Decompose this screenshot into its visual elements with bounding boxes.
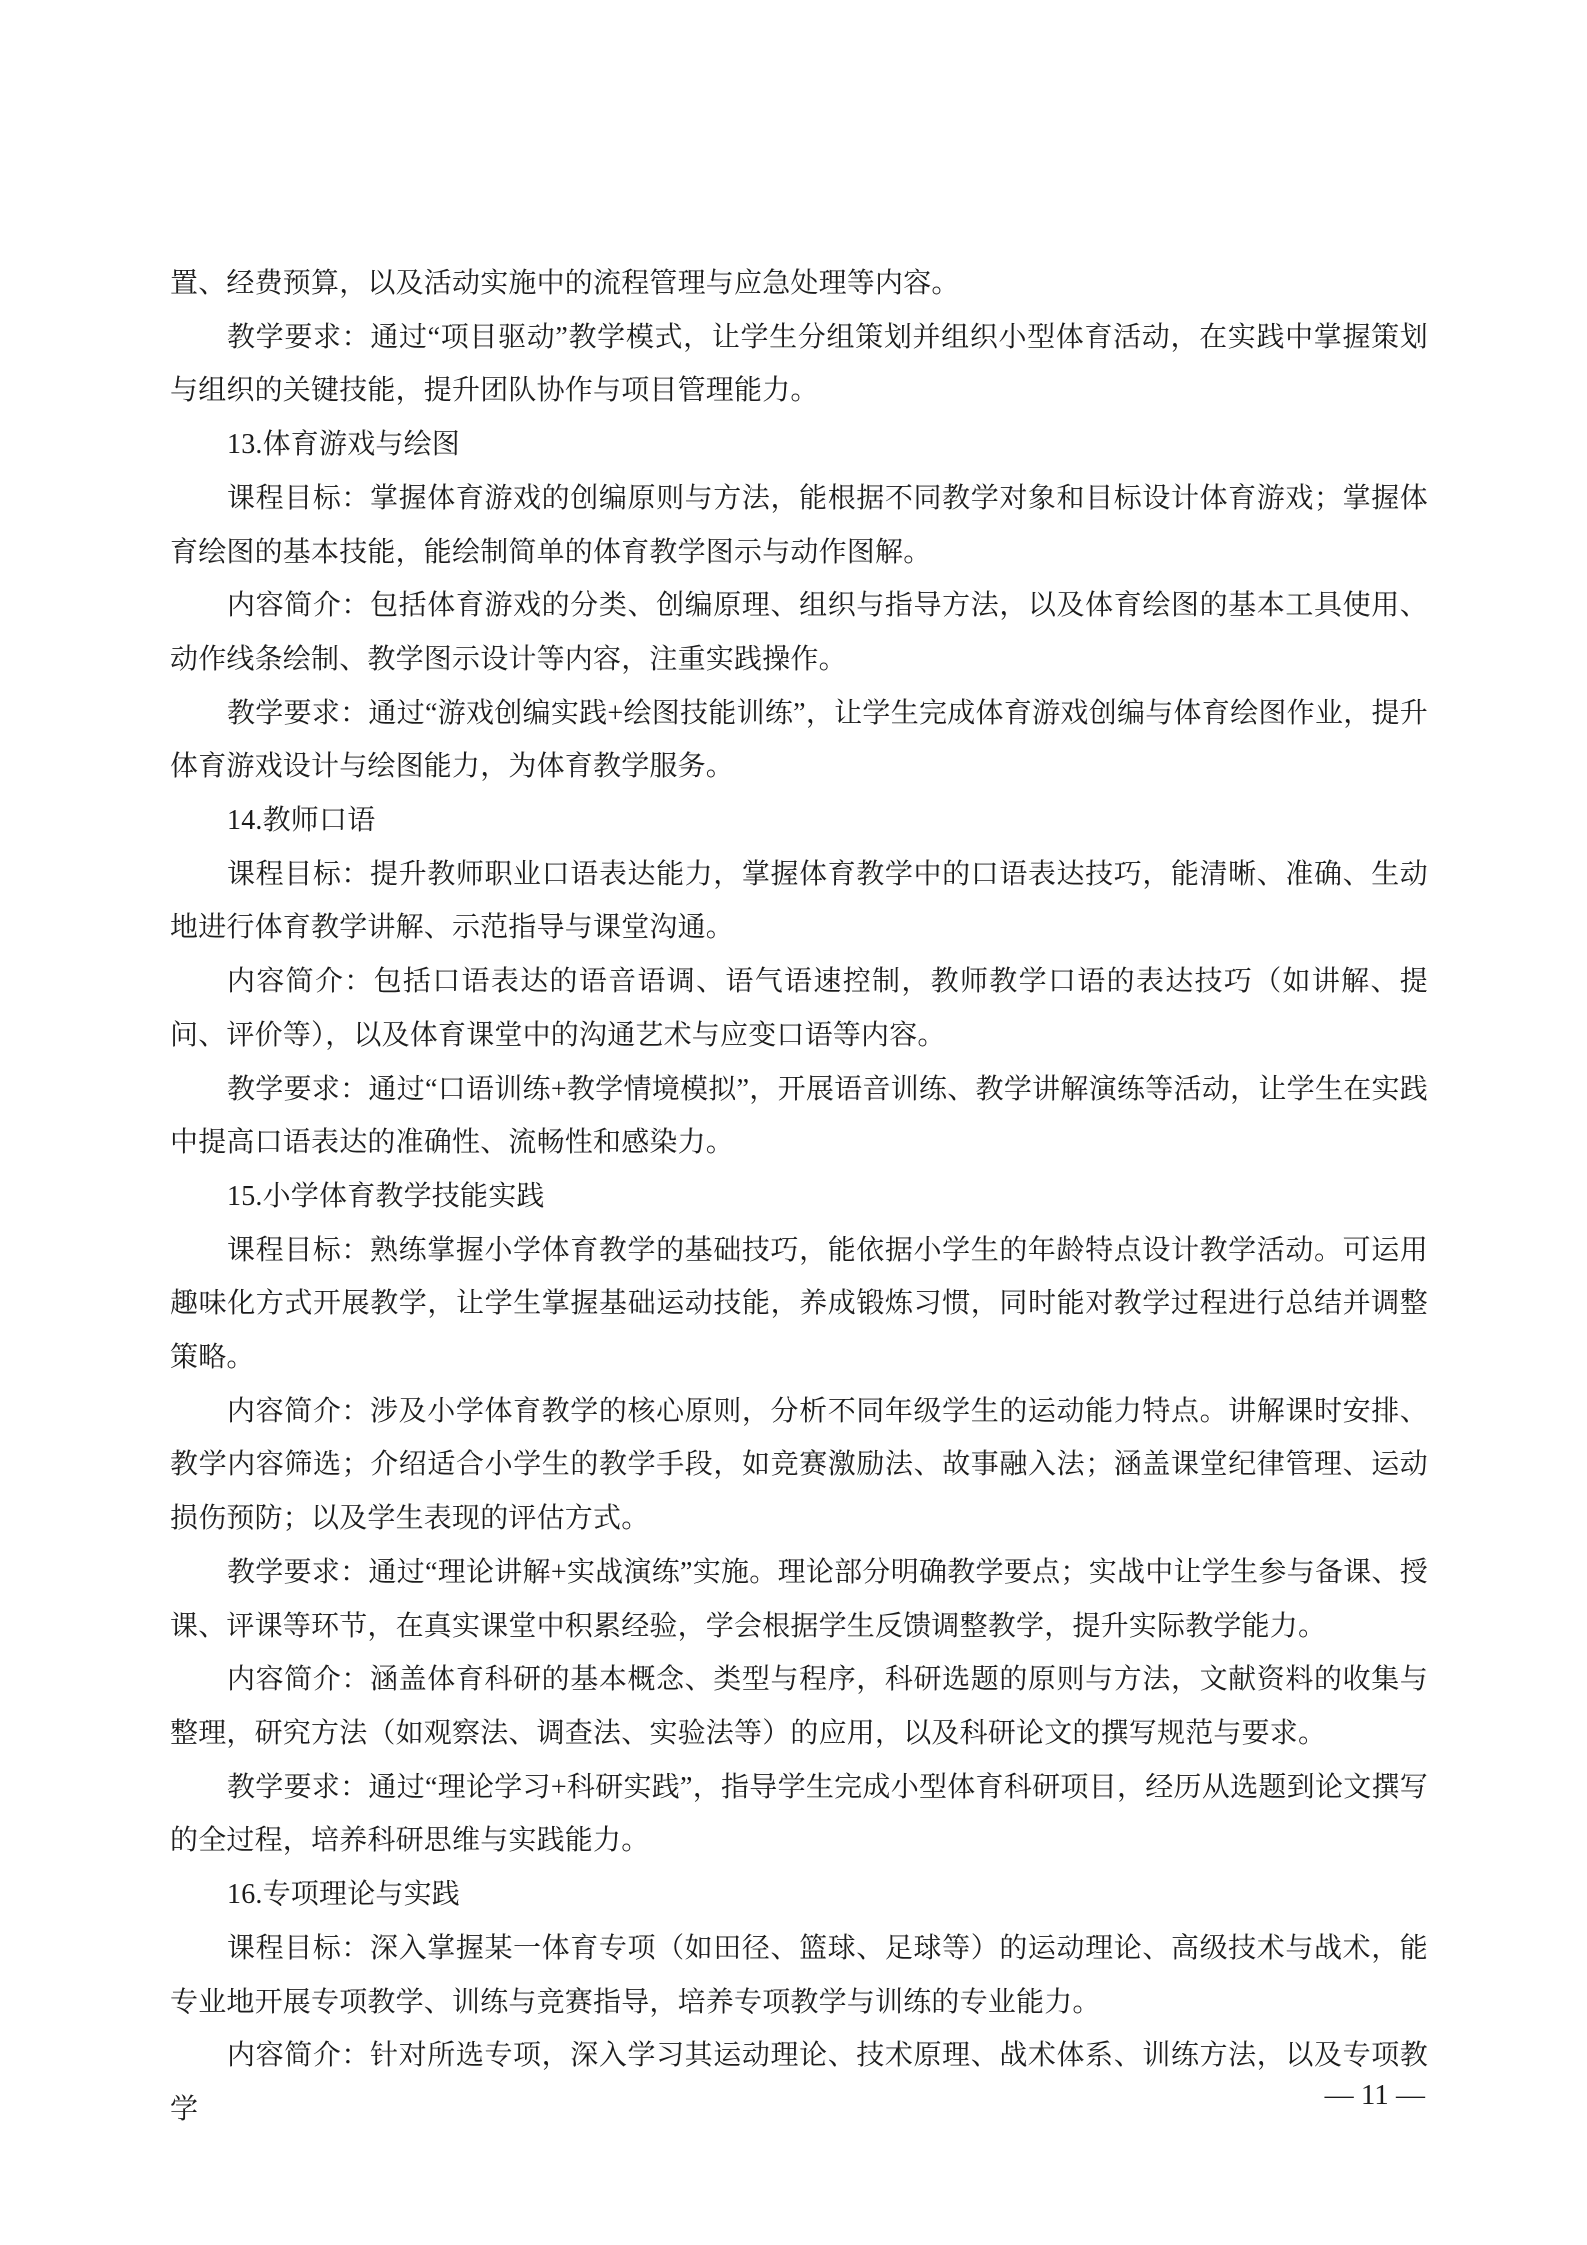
paragraph: 教学要求：通过“项目驱动”教学模式，让学生分组策划并组织小型体育活动，在实践中掌… xyxy=(170,311,1428,418)
paragraph: 教学要求：通过“游戏创编实践+绘图技能训练”，让学生完成体育游戏创编与体育绘图作… xyxy=(170,687,1428,794)
course-heading: 16.专项理论与实践 xyxy=(170,1868,1428,1922)
paragraph: 置、经费预算，以及活动实施中的流程管理与应急处理等内容。 xyxy=(170,257,1428,311)
course-heading: 15.小学体育教学技能实践 xyxy=(170,1170,1428,1224)
document-body: 置、经费预算，以及活动实施中的流程管理与应急处理等内容。教学要求：通过“项目驱动… xyxy=(170,257,1428,2137)
paragraph: 内容简介：针对所选专项，深入学习其运动理论、技术原理、战术体系、训练方法，以及专… xyxy=(170,2029,1428,2136)
paragraph: 教学要求：通过“口语训练+教学情境模拟”，开展语音训练、教学讲解演练等活动，让学… xyxy=(170,1063,1428,1170)
paragraph: 内容简介：包括口语表达的语音语调、语气语速控制，教师教学口语的表达技巧（如讲解、… xyxy=(170,955,1428,1062)
course-heading: 14.教师口语 xyxy=(170,794,1428,848)
paragraph: 教学要求：通过“理论学习+科研实践”，指导学生完成小型体育科研项目，经历从选题到… xyxy=(170,1761,1428,1868)
page-number: — 11 — xyxy=(1325,2078,1425,2112)
paragraph: 课程目标：掌握体育游戏的创编原则与方法，能根据不同教学对象和目标设计体育游戏；掌… xyxy=(170,472,1428,579)
paragraph: 教学要求：通过“理论讲解+实战演练”实施。理论部分明确教学要点；实战中让学生参与… xyxy=(170,1546,1428,1653)
paragraph: 内容简介：涵盖体育科研的基本概念、类型与程序，科研选题的原则与方法，文献资料的收… xyxy=(170,1653,1428,1760)
paragraph: 课程目标：熟练掌握小学体育教学的基础技巧，能依据小学生的年龄特点设计教学活动。可… xyxy=(170,1224,1428,1385)
paragraph: 课程目标：深入掌握某一体育专项（如田径、篮球、足球等）的运动理论、高级技术与战术… xyxy=(170,1922,1428,2029)
paragraph: 内容简介：包括体育游戏的分类、创编原理、组织与指导方法，以及体育绘图的基本工具使… xyxy=(170,579,1428,686)
paragraph: 内容简介：涉及小学体育教学的核心原则，分析不同年级学生的运动能力特点。讲解课时安… xyxy=(170,1385,1428,1546)
course-heading: 13.体育游戏与绘图 xyxy=(170,418,1428,472)
document-page: 置、经费预算，以及活动实施中的流程管理与应急处理等内容。教学要求：通过“项目驱动… xyxy=(0,0,1587,2245)
paragraph: 课程目标：提升教师职业口语表达能力，掌握体育教学中的口语表达技巧，能清晰、准确、… xyxy=(170,848,1428,955)
